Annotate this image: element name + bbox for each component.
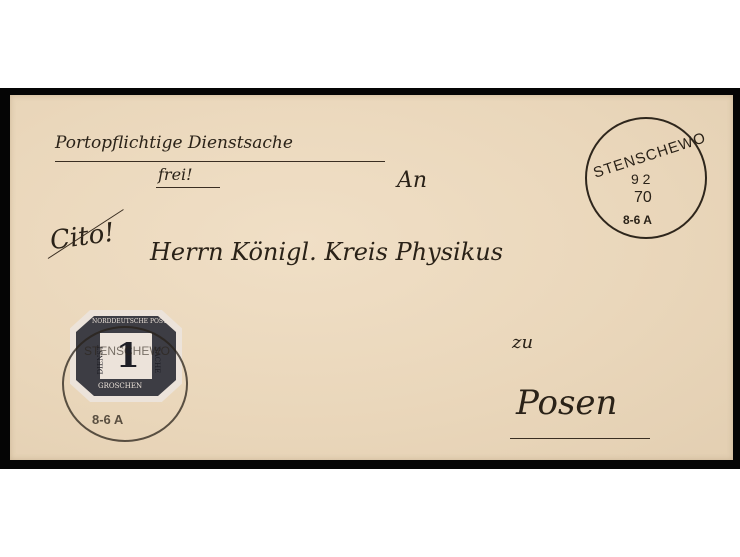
header-underline	[55, 161, 385, 162]
handwriting-city: Posen	[516, 383, 617, 423]
stamp-postmark-time: 8-6 A	[92, 412, 123, 427]
handwriting-header: Portopflichtige Dienstsache	[55, 133, 293, 153]
handwriting-an: An	[397, 168, 427, 193]
postmark-date: 9 2	[631, 171, 650, 187]
postmark-time: 8-6 A	[623, 213, 652, 227]
city-underline	[510, 438, 650, 439]
postmark-year: 70	[634, 189, 652, 207]
stamp-top-text: NORDDEUTSCHE POST	[92, 318, 167, 325]
handwriting-zu: zu	[512, 332, 533, 353]
stamp-postmark-town: STENSCHEWO	[84, 344, 170, 358]
handwriting-frei: frei!	[158, 165, 193, 184]
postmark-on-stamp: STENSCHEWO 8-6 A	[62, 326, 188, 442]
frei-underline	[156, 187, 220, 188]
handwriting-addressee: Herrn Königl. Kreis Physikus	[150, 238, 503, 266]
postmark-right: STENSCHEWO 9 2 70 8-6 A	[585, 117, 707, 239]
